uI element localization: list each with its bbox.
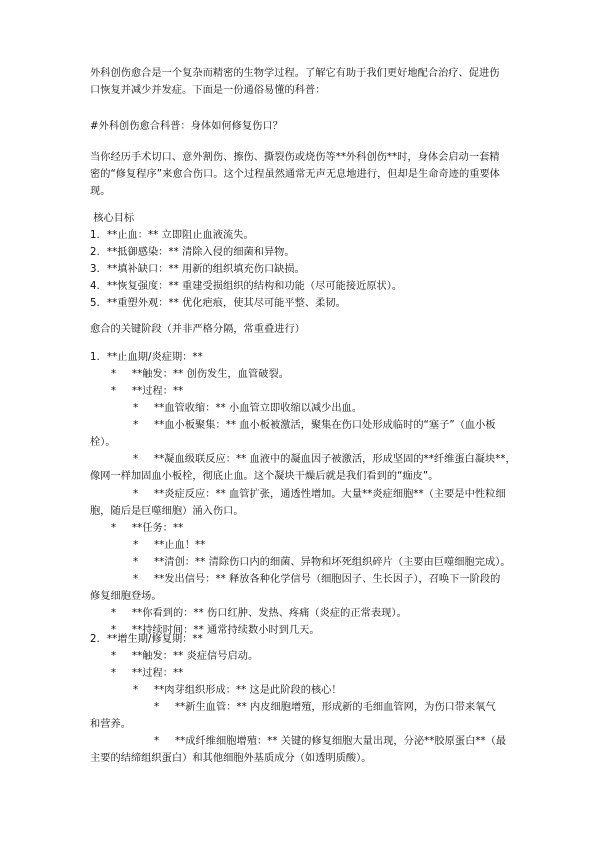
bullet-text: **血小板聚集：** 血小板被激活，聚集在伤口处形成临时的“塞子”（血小板 xyxy=(154,420,496,431)
goal-number: 4. xyxy=(90,280,107,293)
goal-text: **止血：** 立即阻止血液流失。 xyxy=(107,230,254,241)
bullet-text: **触发：** 创伤发生，血管破裂。 xyxy=(132,369,289,380)
goal-item: 1.**止血：** 立即阻止血液流失。 xyxy=(90,229,510,242)
bullet-icon: * xyxy=(133,684,154,697)
bullet-icon: * xyxy=(111,667,132,680)
stage2-process-item: ***肉芽组织形成：** 这是此阶段的核心！ xyxy=(133,684,553,697)
paragraph-line-1: 当你经历手术切口、意外割伤、擦伤、撕裂伤或烧伤等**外科创伤**时，身体会启动一… xyxy=(90,151,510,164)
goal-item: 4.**恢复强度：** 重建受损组织的结构和功能（尽可能接近原状）。 xyxy=(90,280,510,293)
goal-item: 3.**填补缺口：** 用新的组织填充伤口缺损。 xyxy=(90,263,510,276)
stage1-process-item: ***炎症反应：** 血管扩张，通透性增加。大量**炎症细胞**（主要是中性粒细 xyxy=(133,488,553,501)
bullet-icon: * xyxy=(133,419,154,432)
goal-number: 1. xyxy=(90,229,107,242)
bullet-text: **血管收缩：** 小血管立即收缩以减少出血。 xyxy=(154,403,362,414)
bullet-text: **过程：** xyxy=(132,668,183,679)
bullet-text: **清创：** 清除伤口内的细菌、异物和坏死组织碎片（主要由巨噬细胞完成）。 xyxy=(154,557,511,568)
bullet-icon: * xyxy=(133,488,154,501)
stage1-process-item: ***血管收缩：** 小血管立即收缩以减少出血。 xyxy=(133,402,553,415)
bullet-icon: * xyxy=(111,385,132,398)
stage1-task-item-cont: 修复细胞登场。 xyxy=(90,590,510,603)
bullet-text: **新生血管：** 内皮细胞增殖，形成新的毛细血管网，为伤口带来氧气 xyxy=(175,702,496,713)
stage1-process-item: ***血小板聚集：** 血小板被激活，聚集在伤口处形成临时的“塞子”（血小板 xyxy=(133,419,553,432)
bullet-icon: * xyxy=(133,539,154,552)
stage1-trigger: ***触发：** 创伤发生，血管破裂。 xyxy=(111,368,531,381)
bullet-text: **炎症反应：** 血管扩张，通透性增加。大量**炎症细胞**（主要是中性粒细 xyxy=(154,489,506,500)
bullet-icon: * xyxy=(154,735,175,748)
goals-title: 核心目标 xyxy=(90,212,510,225)
bullet-text: **肉芽组织形成：** 这是此阶段的核心！ xyxy=(154,685,342,696)
intro-line-1: 外科创伤愈合是一个复杂而精密的生物学过程。了解它有助于我们更好地配合治疗、促进伤 xyxy=(90,67,510,80)
stage1-process-item: ***凝血级联反应：** 血液中的凝血因子被激活，形成坚固的**纤维蛋白凝块**… xyxy=(133,453,553,466)
bullet-icon: * xyxy=(111,522,132,535)
goal-number: 2. xyxy=(90,246,107,259)
bullet-text: **你看到的：** 伤口红肿、发热、疼痛（炎症的正常表现）。 xyxy=(132,608,407,619)
stage2-subprocess-item: ***新生血管：** 内皮细胞增殖，形成新的毛细血管网，为伤口带来氧气 xyxy=(154,701,574,714)
bullet-icon: * xyxy=(133,556,154,569)
stage1-process-item-cont: 栓）。 xyxy=(90,436,510,449)
stages-title: 愈合的关键阶段（并非严格分隔，常重叠进行） xyxy=(90,323,510,336)
paragraph-line-3: 现。 xyxy=(90,185,510,198)
stage-number: 2. xyxy=(90,633,107,646)
bullet-icon: * xyxy=(154,701,175,714)
goal-text: **填补缺口：** 用新的组织填充伤口缺损。 xyxy=(107,264,305,275)
goal-text: **恢复强度：** 重建受损组织的结构和功能（尽可能接近原状）。 xyxy=(107,281,402,292)
goal-text: **抵御感染：** 清除入侵的细菌和异物。 xyxy=(107,247,295,258)
stage2-subprocess-item-cont: 和营养。 xyxy=(90,718,510,731)
stage1-process-item-cont: 胞，随后是巨噬细胞）涌入伤口。 xyxy=(90,505,510,518)
bullet-text: **发出信号：** 释放各种化学信号（细胞因子、生长因子），召唤下一阶段的 xyxy=(154,574,500,585)
stage1-seen: ***你看到的：** 伤口红肿、发热、疼痛（炎症的正常表现）。 xyxy=(111,607,531,620)
bullet-icon: * xyxy=(111,650,132,663)
bullet-text: **止血！** xyxy=(154,540,205,551)
stage2-trigger: ***触发：** 炎症信号启动。 xyxy=(111,650,531,663)
bullet-icon: * xyxy=(133,573,154,586)
goal-number: 5. xyxy=(90,297,107,310)
stage2-subprocess-item: ***成纤维细胞增殖：** 关键的修复细胞大量出现，分泌**胶原蛋白**（最 xyxy=(154,735,574,748)
bullet-icon: * xyxy=(133,402,154,415)
intro-line-2: 口恢复并减少并发症。下面是一份通俗易懂的科普： xyxy=(90,84,510,97)
bullet-text: **凝血级联反应：** 血液中的凝血因子被激活，形成坚固的**纤维蛋白凝块**， xyxy=(154,454,516,465)
stage2-title: 2.**增生期/修复期：** xyxy=(90,633,510,646)
section-heading: #外科创伤愈合科普：身体如何修复伤口？ xyxy=(90,120,510,133)
paragraph-line-2: 密的“修复程序”来愈合伤口。这个过程虽然通常无声无息地进行，但却是生命奇迹的重要… xyxy=(90,168,510,181)
stage1-task-item: ***止血！** xyxy=(133,539,553,552)
document-page: 外科创伤愈合是一个复杂而精密的生物学过程。了解它有助于我们更好地配合治疗、促进伤… xyxy=(0,0,595,841)
stage1-process-item-cont: 像网一样加固血小板栓，彻底止血。这个凝块干燥后就是我们看到的“痂皮”。 xyxy=(90,470,510,483)
stage1-process: ***过程：** xyxy=(111,385,531,398)
stage1-title: 1.**止血期/炎症期：** xyxy=(90,351,510,364)
stage2-subprocess-item-cont: 主要的结缔组织蛋白）和其他细胞外基质成分（如透明质酸）。 xyxy=(90,752,510,765)
goal-item: 5.**重塑外观：** 优化疤痕，使其尽可能平整、柔韧。 xyxy=(90,297,510,310)
bullet-text: **成纤维细胞增殖：** 关键的修复细胞大量出现，分泌**胶原蛋白**（最 xyxy=(175,736,506,747)
stage1-task-item: ***清创：** 清除伤口内的细菌、异物和坏死组织碎片（主要由巨噬细胞完成）。 xyxy=(133,556,553,569)
bullet-icon: * xyxy=(111,368,132,381)
goal-item: 2.**抵御感染：** 清除入侵的细菌和异物。 xyxy=(90,246,510,259)
stage-title-text: **增生期/修复期：** xyxy=(107,634,203,645)
bullet-text: **触发：** 炎症信号启动。 xyxy=(132,651,258,662)
bullet-icon: * xyxy=(111,607,132,620)
stage1-task: ***任务：** xyxy=(111,522,531,535)
stage-title-text: **止血期/炎症期：** xyxy=(107,352,203,363)
bullet-text: **任务：** xyxy=(132,523,183,534)
stage2-process: ***过程：** xyxy=(111,667,531,680)
stage1-task-item: ***发出信号：** 释放各种化学信号（细胞因子、生长因子），召唤下一阶段的 xyxy=(133,573,553,586)
bullet-icon: * xyxy=(133,453,154,466)
stage-number: 1. xyxy=(90,351,107,364)
goal-number: 3. xyxy=(90,263,107,276)
bullet-text: **过程：** xyxy=(132,386,183,397)
goal-text: **重塑外观：** 优化疤痕，使其尽可能平整、柔韧。 xyxy=(107,298,346,309)
